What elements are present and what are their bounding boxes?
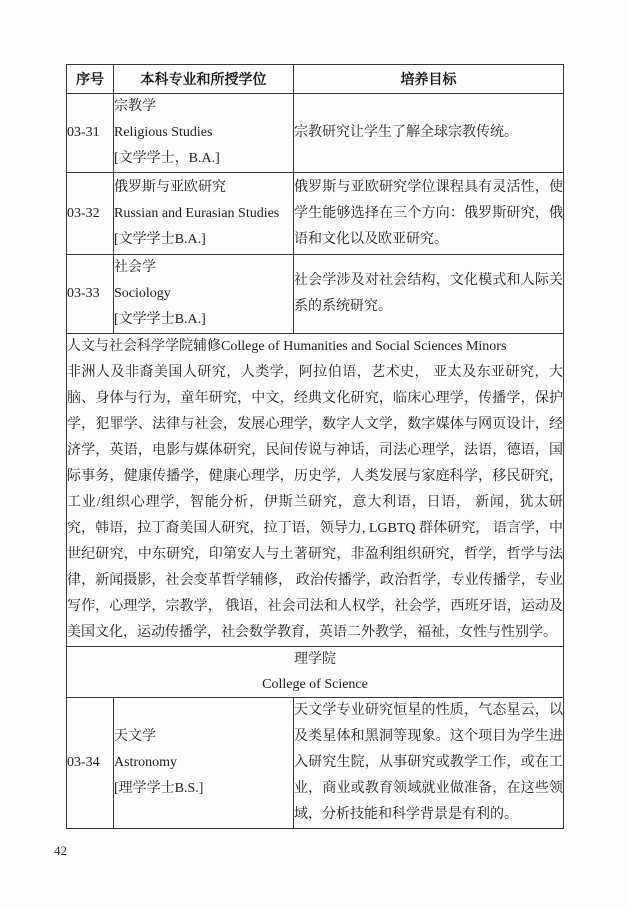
objective-cell: 社会学涉及对社会结构，文化模式和人际关系的系统研究。 xyxy=(294,255,564,334)
major-name-en: Religious Studies xyxy=(114,120,293,146)
objective-text: 俄罗斯与亚欧研究学位课程具有灵活性，使学生能够选择在三个方向：俄罗斯研究，俄语和… xyxy=(294,175,563,253)
major-cell: 宗教学 Religious Studies [文学学士，B.A.] xyxy=(114,94,294,173)
minors-section-title: 人文与社会科学学院辅修College of Humanities and Soc… xyxy=(67,334,563,360)
degree-label: [文学学士B.A.] xyxy=(114,227,293,253)
degree-label: [文学学士，B.A.] xyxy=(114,146,293,172)
major-name-cn: 俄罗斯与亚欧研究 xyxy=(114,175,293,201)
header-cell-number: 序号 xyxy=(67,65,114,94)
page-number: 42 xyxy=(54,843,67,859)
header-cell-major: 本科专业和所授学位 xyxy=(114,65,294,94)
college-cell: 理学院 College of Science xyxy=(67,647,564,698)
degree-label: [文学学士B.A.] xyxy=(114,307,293,333)
row-number: 03-34 xyxy=(67,698,114,829)
minors-cell: 人文与社会科学学院辅修College of Humanities and Soc… xyxy=(67,334,564,647)
objective-cell: 天文学专业研究恒星的性质，气态星云，以及类星体和黑洞等现象。这个项目为学生进入研… xyxy=(294,698,564,829)
major-cell: 社会学 Sociology [文学学士B.A.] xyxy=(114,255,294,334)
major-cell: 天文学 Astronomy [理学学士B.S.] xyxy=(114,698,294,829)
table-row: 03-33 社会学 Sociology [文学学士B.A.] 社会学涉及对社会结… xyxy=(67,255,564,334)
college-name-cn: 理学院 xyxy=(67,647,563,672)
major-cell: 俄罗斯与亚欧研究 Russian and Eurasian Studies [文… xyxy=(114,173,294,255)
major-name-cn: 宗教学 xyxy=(114,94,293,120)
college-name-en: College of Science xyxy=(67,672,563,697)
college-section-row: 理学院 College of Science xyxy=(67,647,564,698)
objective-cell: 宗教研究让学生了解全球宗教传统。 xyxy=(294,94,564,173)
minors-list-text: 非洲人及非裔美国人研究，人类学，阿拉伯语，艺术史， 亚太及东亚研究，大脑、身体与… xyxy=(67,360,563,646)
table-row: 03-31 宗教学 Religious Studies [文学学士，B.A.] … xyxy=(67,94,564,173)
header-cell-objective: 培养目标 xyxy=(294,65,564,94)
objective-text: 社会学涉及对社会结构，文化模式和人际关系的系统研究。 xyxy=(294,268,563,320)
minors-row: 人文与社会科学学院辅修College of Humanities and Soc… xyxy=(67,334,564,647)
table-row: 03-32 俄罗斯与亚欧研究 Russian and Eurasian Stud… xyxy=(67,173,564,255)
table-header-row: 序号 本科专业和所授学位 培养目标 xyxy=(67,65,564,94)
degree-label: [理学学士B.S.] xyxy=(114,776,293,802)
objective-cell: 俄罗斯与亚欧研究学位课程具有灵活性，使学生能够选择在三个方向：俄罗斯研究，俄语和… xyxy=(294,173,564,255)
objective-text: 宗教研究让学生了解全球宗教传统。 xyxy=(294,120,563,146)
major-name-en: Astronomy xyxy=(114,750,293,776)
table-row: 03-34 天文学 Astronomy [理学学士B.S.] 天文学专业研究恒星… xyxy=(67,698,564,829)
major-name-en: Russian and Eurasian Studies xyxy=(114,201,293,227)
row-number: 03-31 xyxy=(67,94,114,173)
objective-text: 天文学专业研究恒星的性质，气态星云，以及类星体和黑洞等现象。这个项目为学生进入研… xyxy=(294,698,563,828)
major-name-en: Sociology xyxy=(114,281,293,307)
document-page: 序号 本科专业和所授学位 培养目标 03-31 宗教学 Religious St… xyxy=(0,0,628,909)
majors-table: 序号 本科专业和所授学位 培养目标 03-31 宗教学 Religious St… xyxy=(66,64,564,829)
row-number: 03-33 xyxy=(67,255,114,334)
row-number: 03-32 xyxy=(67,173,114,255)
major-name-cn: 天文学 xyxy=(114,724,293,750)
major-name-cn: 社会学 xyxy=(114,255,293,281)
